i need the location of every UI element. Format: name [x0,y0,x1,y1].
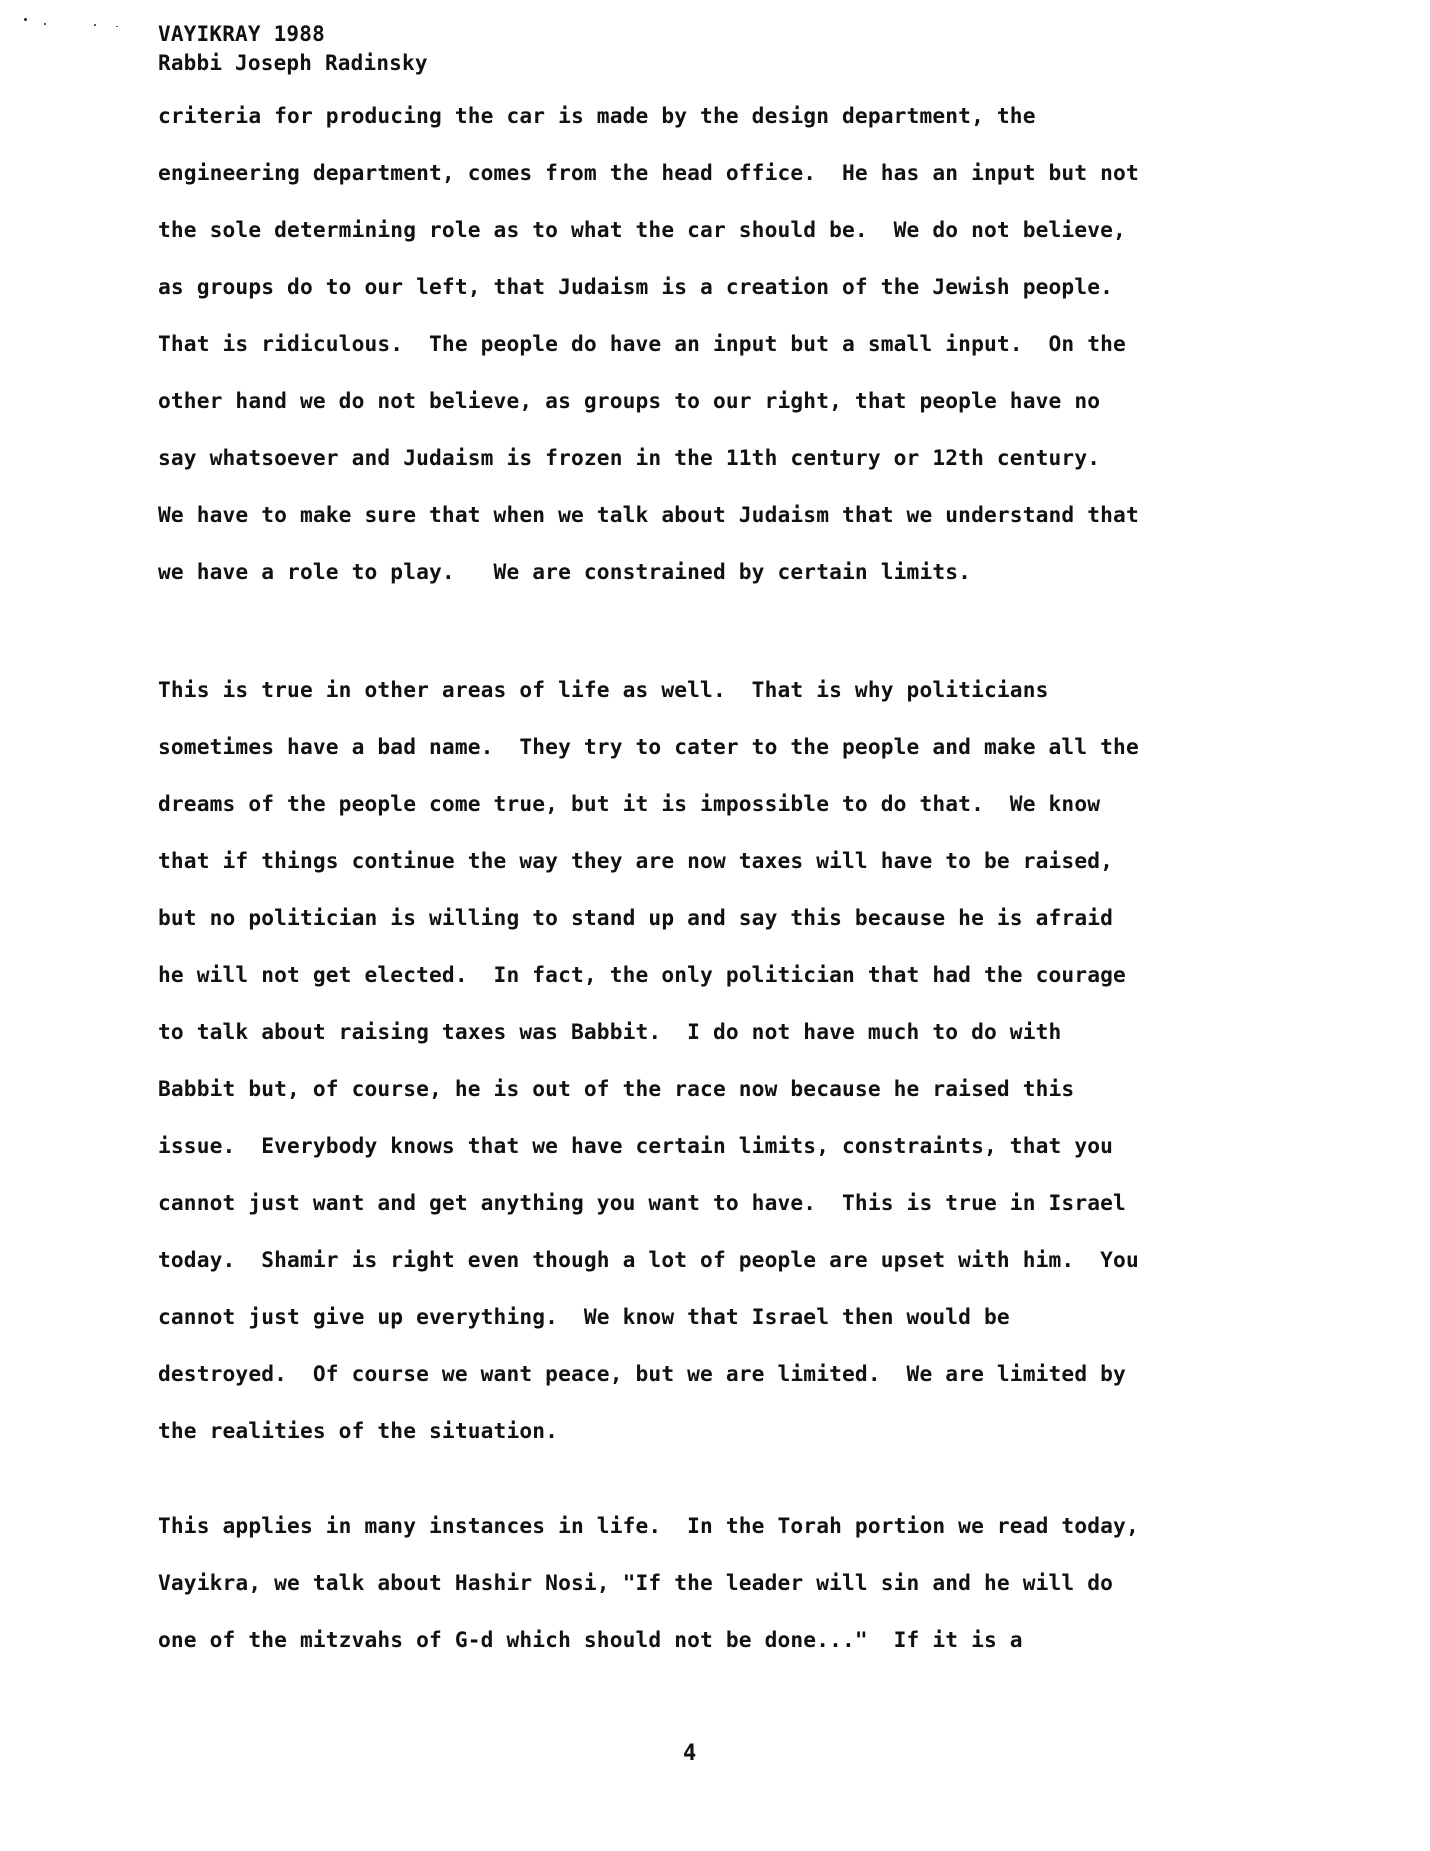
text-line: that if things continue the way they are… [158,848,1113,874]
text-line: That is ridiculous. The people do have a… [158,331,1126,357]
text-line: he will not get elected. In fact, the on… [158,962,1126,988]
text-line: We have to make sure that when we talk a… [158,502,1139,528]
text-line: as groups do to our left, that Judaism i… [158,274,1113,300]
text-line: This is true in other areas of life as w… [158,677,1049,703]
text-line: the sole determining role as to what the… [158,217,1126,243]
scan-speck [24,18,27,21]
text-line: destroyed. Of course we want peace, but … [158,1361,1126,1387]
text-line: to talk about raising taxes was Babbit. … [158,1019,1061,1045]
scan-speck [44,23,46,25]
document-header: VAYIKRAY 1988 Rabbi Joseph Radinsky [158,20,428,78]
text-line: Vayikra, we talk about Hashir Nosi, "If … [158,1570,1113,1596]
text-line: today. Shamir is right even though a lot… [158,1247,1139,1273]
text-line: cannot just want and get anything you wa… [158,1190,1126,1216]
text-line: issue. Everybody knows that we have cert… [158,1133,1113,1159]
text-line: criteria for producing the car is made b… [158,103,1036,129]
text-line: engineering department, comes from the h… [158,160,1139,186]
scan-speck [94,24,96,26]
text-line: sometimes have a bad name. They try to c… [158,734,1139,760]
text-line: other hand we do not believe, as groups … [158,388,1100,414]
text-line: cannot just give up everything. We know … [158,1304,1010,1330]
scan-speck [116,26,118,27]
text-line: the realities of the situation. [158,1418,558,1444]
page-number: 4 [683,1741,696,1766]
text-line: one of the mitzvahs of G-d which should … [158,1627,1023,1653]
text-line: dreams of the people come true, but it i… [158,791,1100,817]
text-line: This applies in many instances in life. … [158,1513,1139,1539]
text-line: say whatsoever and Judaism is frozen in … [158,445,1100,471]
text-line: we have a role to play. We are constrain… [158,559,971,585]
document-title: VAYIKRAY 1988 [158,20,428,49]
document-author: Rabbi Joseph Radinsky [158,49,428,78]
text-line: but no politician is willing to stand up… [158,905,1113,931]
text-line: Babbit but, of course, he is out of the … [158,1076,1074,1102]
document-page: VAYIKRAY 1988 Rabbi Joseph Radinsky crit… [0,0,1430,1851]
